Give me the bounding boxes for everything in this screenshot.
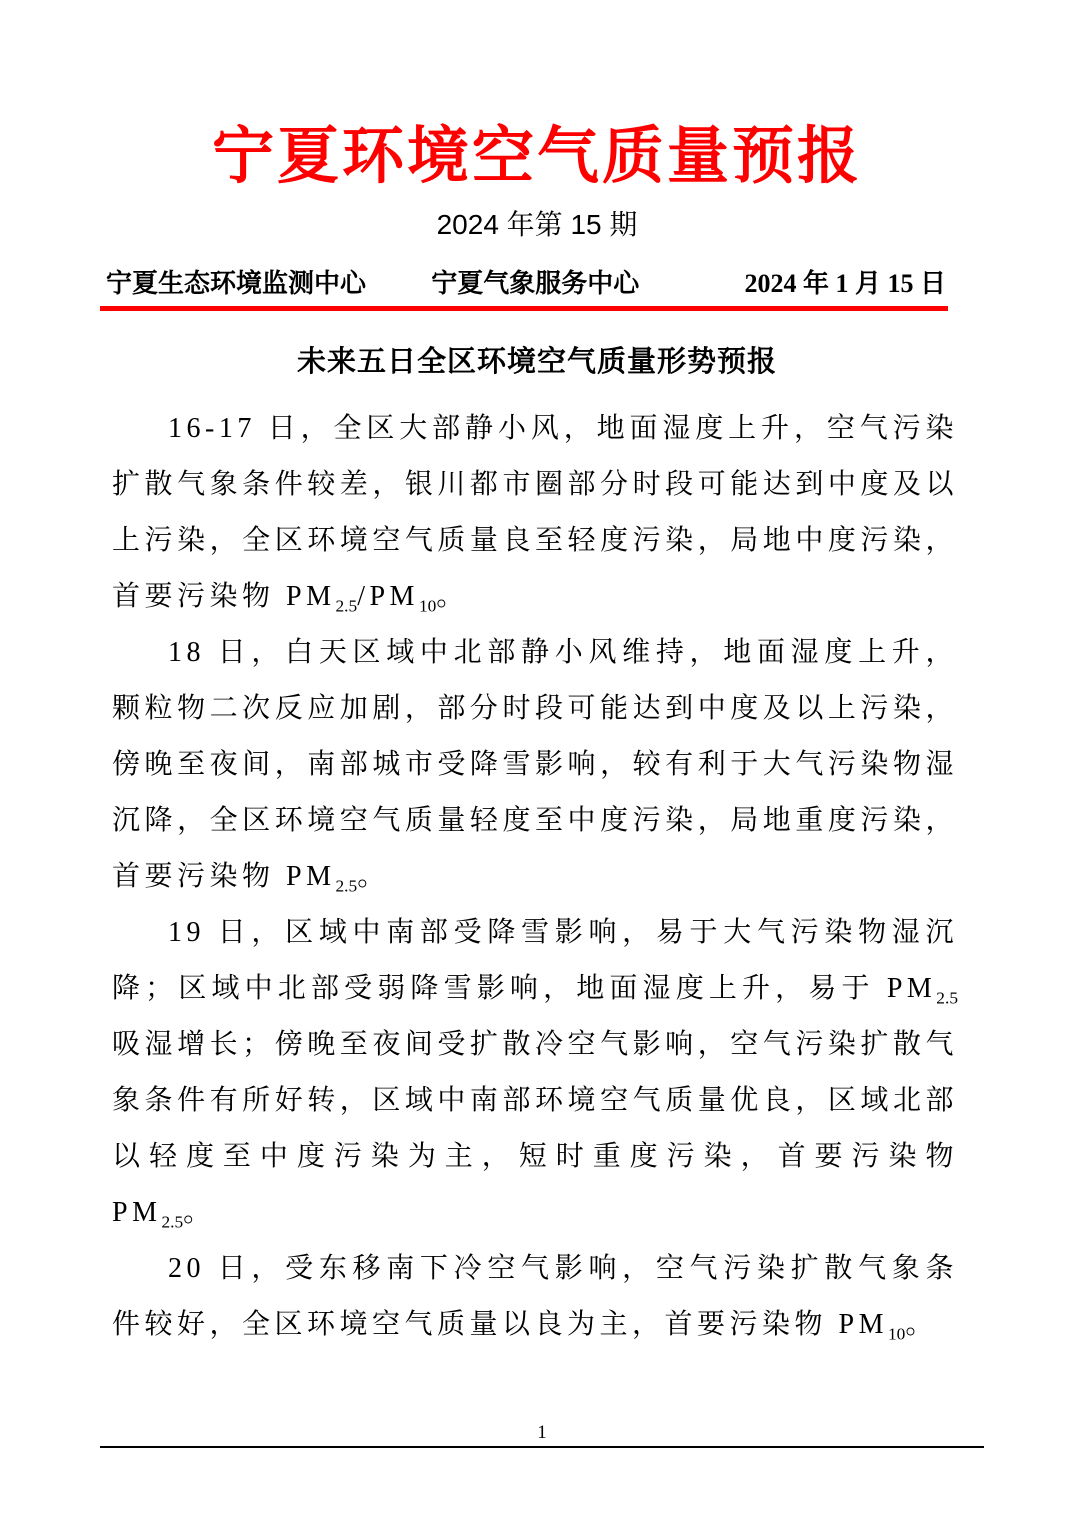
forecast-paragraph: 20 日，受东移南下冷空气影响，空气污染扩散气象条件较好，全区环境空气质量以良为… (112, 1241, 958, 1353)
pm-subscript: 2.5 (335, 597, 357, 616)
document-title: 宁夏环境空气质量预报 (0, 120, 1074, 194)
document-header: 宁夏环境空气质量预报 2024 年第 15 期 宁夏生态环境监测中心 宁夏气象服… (0, 120, 1074, 311)
forecast-paragraph: 18 日，白天区域中北部静小风维持，地面湿度上升，颗粒物二次反应加剧，部分时段可… (112, 625, 958, 905)
header-divider (100, 306, 948, 311)
document-body: 未来五日全区环境空气质量形势预报 16-17 日，全区大部静小风，地面湿度上升，… (0, 347, 1074, 1353)
footer-divider (100, 1446, 984, 1448)
issue-date: 2024 年 1 月 15 日 (744, 269, 946, 299)
section-title: 未来五日全区环境空气质量形势预报 (0, 347, 1074, 379)
pm-subscript: 2.5 (161, 1213, 183, 1232)
forecast-paragraph: 19 日，区域中南部受降雪影响，易于大气污染物湿沉降；区域中北部受弱降雪影响，地… (112, 905, 958, 1241)
page-footer: 1 (100, 1422, 984, 1448)
page-number: 1 (100, 1422, 984, 1445)
pm-subscript: 10 (419, 597, 436, 616)
pm-subscript: 2.5 (335, 877, 357, 896)
pm-subscript: 10 (888, 1325, 905, 1344)
document-page: 宁夏环境空气质量预报 2024 年第 15 期 宁夏生态环境监测中心 宁夏气象服… (0, 0, 1074, 1520)
publisher-row: 宁夏生态环境监测中心 宁夏气象服务中心 2024 年 1 月 15 日 (106, 269, 946, 299)
forecast-paragraph: 16-17 日，全区大部静小风，地面湿度上升，空气污染扩散气象条件较差，银川都市… (112, 401, 958, 625)
forecast-paragraphs: 16-17 日，全区大部静小风，地面湿度上升，空气污染扩散气象条件较差，银川都市… (112, 401, 958, 1353)
pm-subscript: 2.5 (936, 989, 958, 1008)
publisher-center: 宁夏气象服务中心 (431, 269, 639, 299)
publisher-left: 宁夏生态环境监测中心 (106, 269, 366, 299)
issue-number: 2024 年第 15 期 (0, 210, 1074, 241)
